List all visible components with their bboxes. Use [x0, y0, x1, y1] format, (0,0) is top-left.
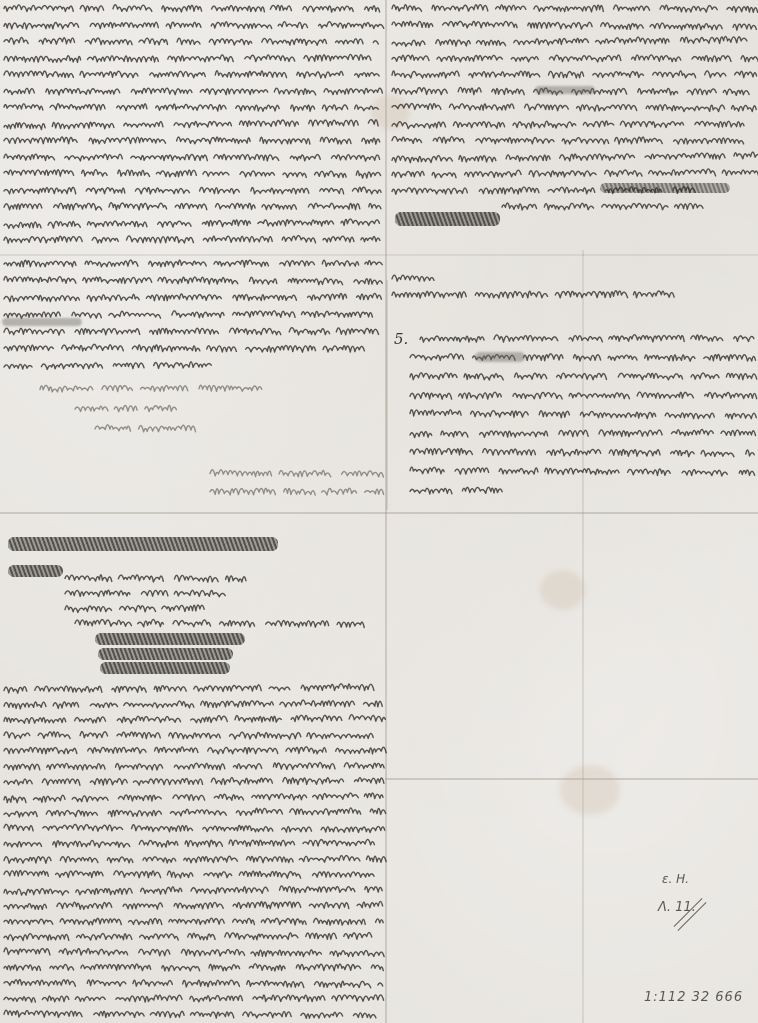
handwritten-line — [40, 379, 270, 398]
handwritten-line — [4, 231, 380, 249]
handwritten-line — [210, 483, 385, 502]
paper-stain — [560, 765, 620, 815]
pencil-note-2: Λ. 11. — [658, 900, 696, 915]
handwritten-line — [410, 462, 755, 483]
smudge — [2, 318, 82, 326]
handwritten-line — [4, 66, 380, 84]
handwritten-line — [4, 0, 380, 18]
middle-left-centered-lines — [40, 380, 280, 450]
handwritten-line — [4, 356, 224, 376]
middle-right-item-text — [410, 330, 755, 505]
middle-right-header — [392, 270, 672, 310]
struck-heading-2 — [8, 565, 63, 577]
struck-line — [95, 633, 245, 645]
paper-stain — [540, 570, 585, 610]
struck-heading — [8, 537, 278, 551]
handwritten-line — [4, 1005, 384, 1023]
item-number: 5. — [394, 330, 408, 348]
handwritten-line — [210, 465, 385, 484]
manuscript-page: 5. ε. Η. Λ. 11. 1:112 32 666 — [0, 0, 758, 1023]
handwritten-line — [392, 286, 672, 305]
struck-line — [100, 662, 230, 674]
handwritten-line — [410, 443, 755, 463]
fold-line-horizontal-middle — [0, 512, 758, 514]
handwritten-line — [75, 614, 365, 633]
lower-left-paragraph — [4, 680, 384, 1023]
top-right-paragraph — [392, 0, 758, 230]
struck-signature — [395, 212, 500, 226]
smudge — [535, 86, 595, 94]
pencil-note-1: ε. Η. — [662, 872, 689, 886]
fold-line-margin-right — [386, 280, 388, 510]
handwritten-line — [410, 368, 755, 386]
catalog-number: 1:112 32 666 — [644, 990, 743, 1005]
handwritten-line — [392, 49, 758, 67]
handwritten-line — [95, 420, 195, 438]
struck-text — [600, 183, 730, 193]
handwritten-line — [392, 66, 758, 84]
struck-word — [475, 352, 525, 362]
lower-left-centered-lines — [65, 570, 375, 630]
top-left-paragraph — [4, 0, 380, 250]
handwritten-line — [4, 132, 380, 151]
handwritten-line — [410, 482, 500, 501]
struck-line — [98, 648, 233, 660]
handwritten-line — [502, 198, 712, 216]
handwritten-line — [420, 330, 755, 349]
handwritten-line — [410, 387, 755, 406]
handwritten-line — [4, 181, 380, 199]
handwritten-line — [410, 424, 755, 444]
handwritten-line — [410, 349, 755, 368]
handwritten-line — [410, 405, 755, 426]
signature-block — [210, 465, 385, 505]
middle-left-paragraph — [4, 255, 380, 375]
handwritten-line — [75, 400, 175, 418]
